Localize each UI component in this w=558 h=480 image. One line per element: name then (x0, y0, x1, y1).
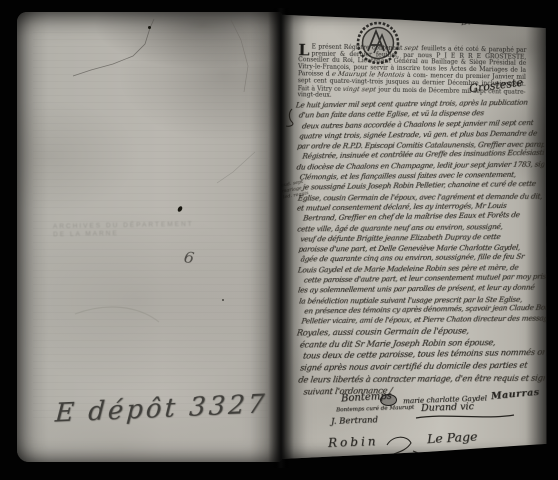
signature-robin: Robin (328, 434, 379, 450)
signature-paraph (380, 394, 397, 406)
ink-blob (491, 14, 504, 22)
lepage-flourish (409, 441, 527, 467)
right-page: Divers LE présent Régistre contenant sep… (281, 13, 547, 459)
book-gutter (268, 8, 294, 468)
signature-maurras: Maurras (491, 387, 540, 402)
ink-speck (222, 299, 224, 301)
signature-bertrand: J. Bertrand (331, 415, 378, 427)
signature-block: Bontemps marie charlotte Gaydel Maurras … (281, 13, 547, 459)
faint-archive-stamp: ARCHIVES DU DÉPARTEMENT DE LA MARNE (53, 221, 194, 239)
signature-bontemps-cure: Bontemps curé de Maurupt (336, 405, 414, 414)
ink-speck (148, 26, 151, 29)
durand-flourish (414, 412, 518, 422)
archival-register-scan: ARCHIVES DU DÉPARTEMENT DE LA MARNE 6 E … (0, 0, 558, 480)
left-page: ARCHIVES DU DÉPARTEMENT DE LA MARNE 6 E … (17, 12, 282, 462)
signature-desforges: Desforges (438, 456, 470, 464)
